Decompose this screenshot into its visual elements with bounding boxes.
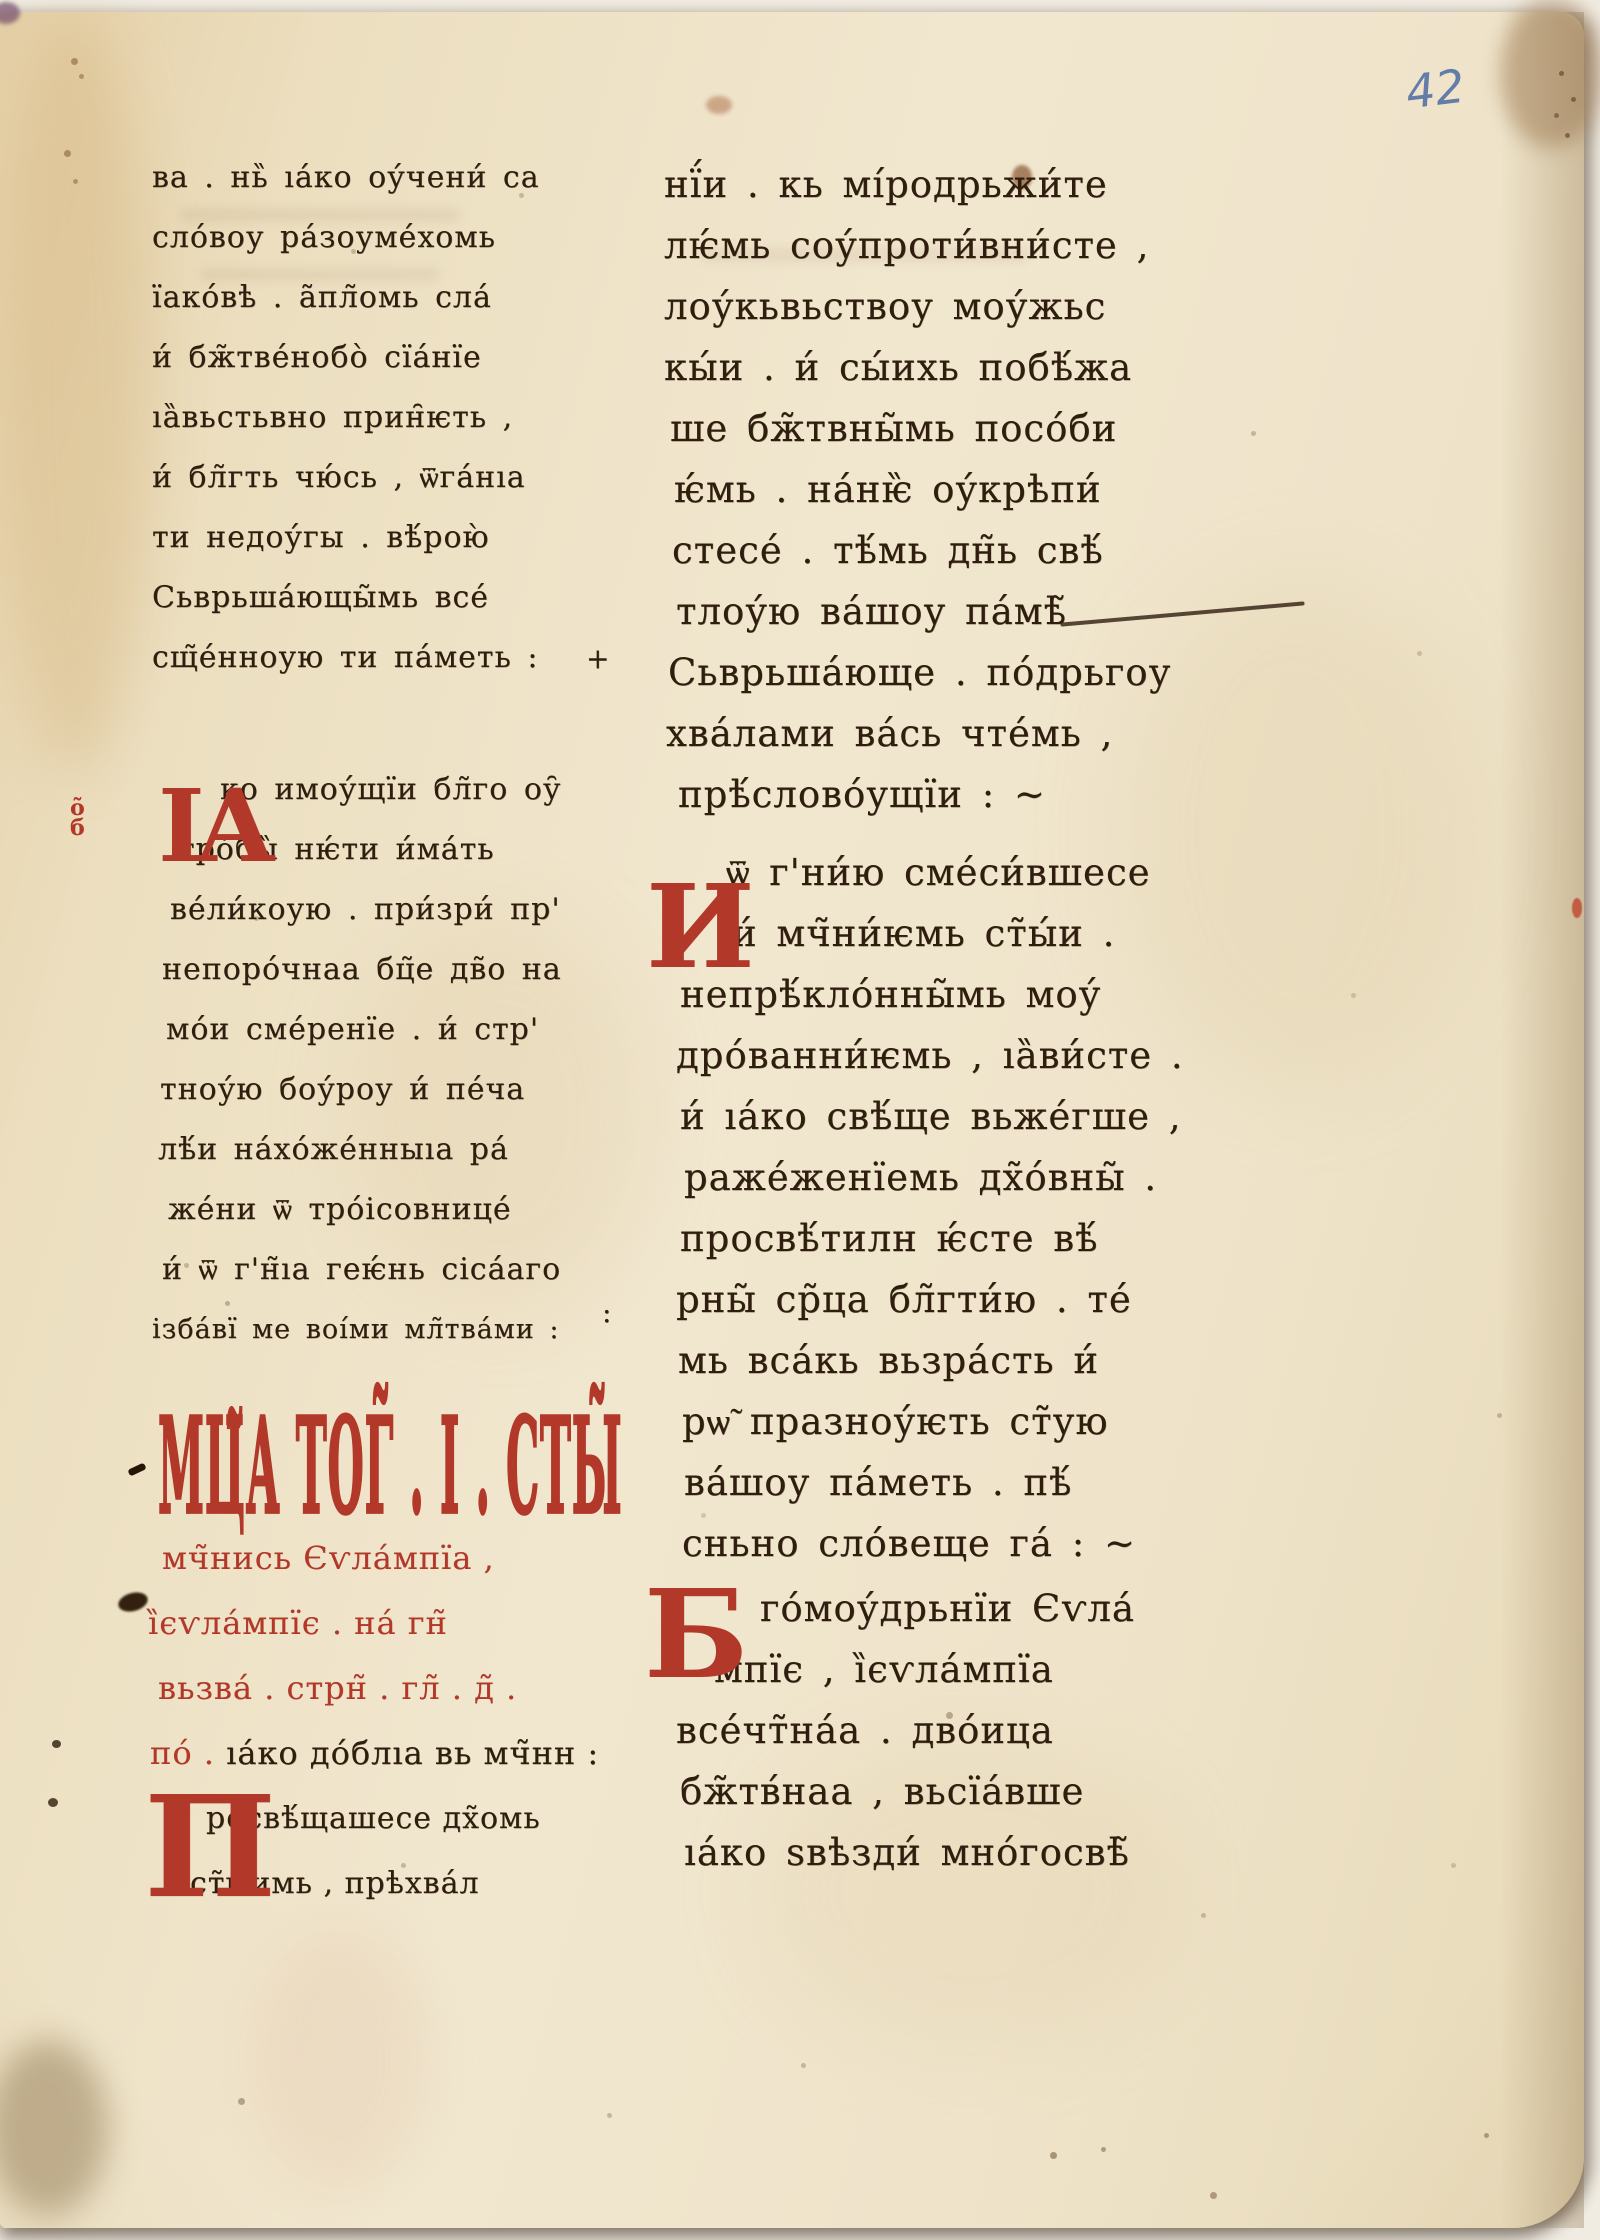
text-line: лѥ́мь соу́проти́вни́сте ,	[664, 215, 1171, 276]
ink-dot-margin-2	[48, 1798, 58, 1807]
stain-top-right-corner	[1500, 0, 1600, 148]
text-line: сло́воу ра́зоуме́хомь	[152, 208, 540, 268]
text-line: сщ̃е́нноую ти па́меть :	[152, 628, 540, 688]
text-line: же́ни ѿ тро́ісовнице́	[152, 1180, 562, 1240]
text-line: ва́шоу па́меть . пѣ́	[676, 1452, 1184, 1513]
text-line: просвѣ́тилн ѥ́сте вѣ́	[676, 1208, 1184, 1269]
right-column-paragraph-2: И ѿ г'ни́ю сме́си́вшесе и́ мч̃ни́ѥмь ст̃…	[676, 842, 1184, 1574]
text-line: Сьврьша́ющы̃мь все́	[152, 568, 540, 628]
ink-dash-heading	[127, 1463, 146, 1477]
rubric-incipit-text: ıа́ко до́блıа вь мч̃нн :	[226, 1734, 599, 1772]
text-line: мь вса́кь вьзра́сть и́	[676, 1330, 1184, 1391]
text-line: и́ бж̃тве́нобо̀ сїа́нїе	[152, 328, 540, 388]
left-column-paragraph-1: ва . нь̏ ıа́ко оу́чени́ са сло́воу ра́зо…	[152, 148, 540, 688]
text-line: кы́и . и́ сы́ихь побѣ́жа	[664, 337, 1171, 398]
text-line: їако́вѣ . а̃пл̃омь сла́	[152, 268, 540, 328]
text-line: ıа̏вьстьвно прин̑ѥть ,	[152, 388, 540, 448]
text-line: Сьврьша́юще . по́дрьгоу	[664, 642, 1171, 703]
gutter-colon-mark: :	[602, 1296, 611, 1329]
left-column-rubric: мч̃нись Єѵла́мпїа , і̏єѵла́мпїє . на́ гн…	[148, 1526, 599, 1916]
text-line: ва . нь̏ ıа́ко оу́чени́ са	[152, 148, 540, 208]
text-line: хва́лами ва́сь чте́мь ,	[664, 703, 1171, 764]
manuscript-photo: 42 о̃ б + : ва . нь̏ ıа́ко оу́чени́ са с…	[0, 0, 1600, 2240]
stain-bottom-left	[0, 2040, 108, 2216]
drop-cap-i: И	[646, 882, 755, 974]
text-line: мо́и сме́ренїе . и́ стр'	[152, 1000, 562, 1060]
text-line: все́чт̃на́а . дво́ица	[676, 1700, 1135, 1761]
text-line: дро́ванни́ѥмь , ıа̏ви́сте .	[676, 1025, 1184, 1086]
speckle-field	[0, 12, 3, 15]
gutter-cross-mark: +	[586, 642, 609, 675]
text-line: ше бж̃твны̃мь посо́би	[664, 398, 1171, 459]
text-line: стесе́ . тѣ́мь дн̃ь свѣ́	[664, 520, 1171, 581]
rubric-line: мч̃нись Єѵла́мпїа ,	[148, 1526, 599, 1591]
margin-gloss-bottom: б	[70, 818, 85, 838]
stain-corner-purple	[0, 2, 20, 24]
drop-cap-be: Б	[644, 1586, 748, 1684]
text-line: прѣ́слово́ущїи : ~	[664, 764, 1171, 825]
text-line: тноу́ю боу́роу и́ пе́ча	[152, 1060, 562, 1120]
rubric-line: вьзва́ . стрн̃ . гл̃ . д̃ .	[148, 1656, 599, 1721]
text-line: сньно сло́веще га́ : ~	[676, 1513, 1184, 1574]
right-column-paragraph-1: нї́и . кь мі́родрьжи́те лѥ́мь соу́проти́…	[664, 154, 1171, 825]
stain-bottom-pink	[250, 1930, 430, 2190]
text-line: ти недоу́гы . вѣ́рою̀	[152, 508, 540, 568]
text-line: ве́ли́коую . при́зри́ пр'	[152, 880, 562, 940]
stain-right-edge-shade	[1500, 12, 1584, 2228]
margin-gloss-mark: о̃ б	[70, 798, 85, 838]
right-column-paragraph-3: Б го́моу́дрьнїи Єѵла́ мпїє , і̏єѵла́мпїа…	[676, 1578, 1135, 1883]
parchment-page: 42 о̃ б + : ва . нь̏ ıа́ко оу́чени́ са с…	[0, 12, 1584, 2228]
text-line: непоро́чнаа бц̃е дв̃о на	[152, 940, 562, 1000]
rubric-line: і̏єѵла́мпїє . на́ гн̃	[148, 1591, 599, 1656]
text-line: ізба́вї ме воі́ми мл̃тва́ми :	[152, 1300, 562, 1360]
text-line: ıа́ко ѕвѣзди́ мно́госвѣ̃	[676, 1822, 1135, 1883]
text-line: ѥ́мь . на́нѥ̏ оу́крѣпи́	[664, 459, 1171, 520]
text-line: лѣ́и на́хо́же́нныıа ра́	[152, 1120, 562, 1180]
folio-number: 42	[1403, 59, 1468, 120]
text-line: бж̃тв́наа , вьсїа́вше	[676, 1761, 1135, 1822]
text-line: и́ бл̃гть чю́сь , ѿга́нıа	[152, 448, 540, 508]
stain-left-wash	[0, 12, 150, 772]
drop-cap-ya: ІА	[158, 786, 266, 866]
ink-dot-margin-1	[52, 1740, 61, 1748]
text-line: и́ ıа́ко свѣ́ще вьже́гше ,	[676, 1086, 1184, 1147]
left-column-paragraph-2: ІА ко имоу́щїи бл̃го оу̑ тро́бы̏ нѥ́ти и…	[152, 760, 562, 1360]
text-line: нї́и . кь мі́родрьжи́те	[664, 154, 1171, 215]
text-line: и́ ѿ г'н̃ıа геѥ́нь сіса́аго	[152, 1240, 562, 1300]
stain-red-fleck-top	[706, 96, 732, 114]
drop-cap-pe: П	[144, 1792, 276, 1904]
text-line: раже́женїемь дх̃о́вны̃ .	[676, 1147, 1184, 1208]
text-line: рѡ̃ празноу́ѥть ст̃ую	[676, 1391, 1184, 1452]
text-line: лоу́кьвьствоу моу́жьс	[664, 276, 1171, 337]
stain-red-fleck-edge	[1572, 898, 1582, 918]
stain-wormhole	[116, 1589, 150, 1614]
section-heading: МЦ̃А ТОГ̃ . І . СТЫ̃	[158, 1390, 623, 1546]
text-line: тлоу́ю ва́шоу па́мѣ̃	[664, 581, 1171, 642]
text-line: рны̃ ср̃ца бл̃гти́ю . те́	[676, 1269, 1184, 1330]
